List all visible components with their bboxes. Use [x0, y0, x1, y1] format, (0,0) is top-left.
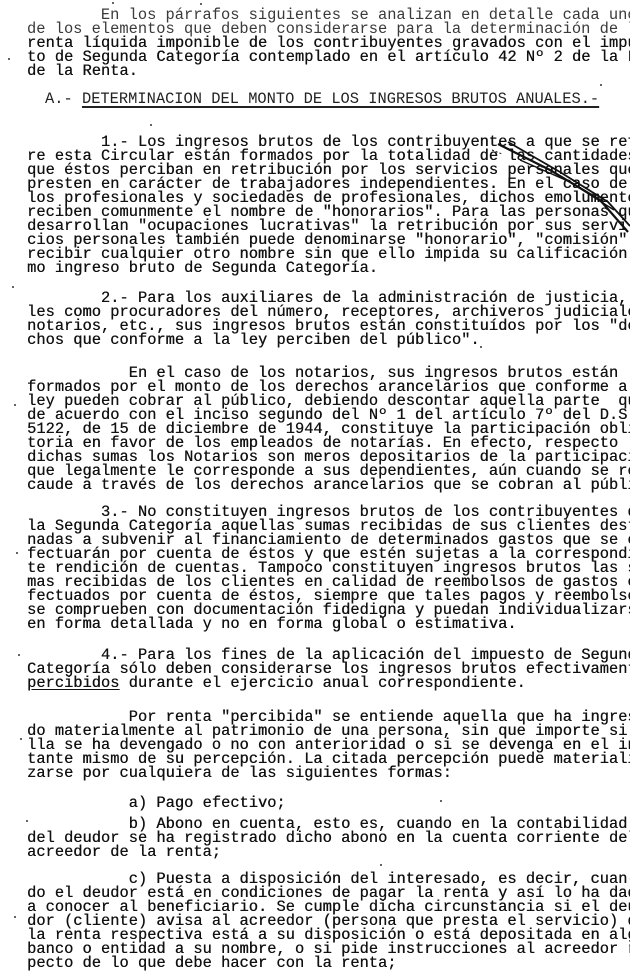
text-line: a) Pago efectivo;	[27, 796, 286, 810]
text-line: caude a través de los derechos arancelar…	[27, 478, 630, 492]
text-line: pecto de lo que debe hacer con la renta;	[27, 956, 396, 970]
scan-speck	[600, 84, 602, 86]
text-fragment: durante el ejercicio anual correspondien…	[119, 674, 525, 692]
scan-speck	[20, 738, 22, 740]
heading-title: DETERMINACION DEL MONTO DE LOS INGRESOS …	[82, 90, 599, 108]
scan-speck	[200, 3, 202, 5]
scan-speck	[480, 346, 482, 348]
section-heading: A.- DETERMINACION DEL MONTO DE LOS INGRE…	[45, 92, 599, 106]
scan-speck	[14, 916, 16, 918]
text-line: zarse por cualquiera de las siguientes f…	[27, 766, 452, 780]
scan-speck	[440, 800, 442, 802]
scan-speck	[26, 820, 28, 822]
text-line: en forma detallada y no en forma global …	[27, 617, 517, 631]
scan-speck	[150, 124, 152, 126]
scanned-document-page: En los párrafos siguientes se analizan e…	[0, 0, 630, 974]
heading-prefix: A.-	[45, 90, 82, 108]
underlined-word-percibidos: percibidos	[27, 674, 119, 692]
scan-speck	[112, 2, 114, 4]
scan-speck	[16, 552, 18, 554]
text-line: mo ingreso bruto de Segunda Categoría.	[27, 261, 378, 275]
text-line: de la Renta.	[27, 64, 138, 78]
scan-speck	[18, 654, 20, 656]
scan-speck	[380, 864, 382, 866]
scan-speck	[8, 58, 10, 60]
text-line: percibidos durante el ejercicio anual co…	[27, 676, 526, 690]
text-line: chos que conforme a la ley perciben del …	[27, 333, 480, 347]
scan-speck	[12, 286, 14, 288]
text-line: acreedor de la renta;	[27, 845, 221, 859]
scan-speck	[14, 404, 16, 406]
